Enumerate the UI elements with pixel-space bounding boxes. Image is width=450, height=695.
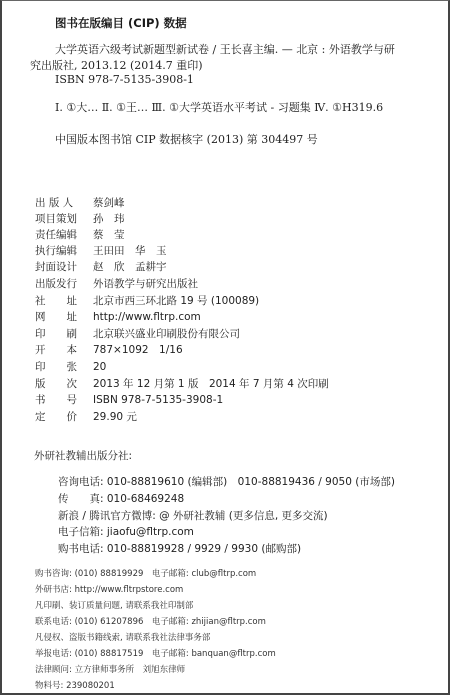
branch-line: 新浪 / 腾讯官方微博: @ 外研社教辅 (更多信息, 更多交流)	[58, 508, 328, 523]
credit-value[interactable]: http://www.fltrp.com	[93, 309, 201, 325]
credit-value: 蔡 莹	[93, 227, 125, 243]
cip-classification: Ⅰ. ①大… Ⅱ. ①王… Ⅲ. ①大学英语水平考试 - 习题集 Ⅳ. ①H31…	[55, 99, 383, 115]
credit-value: 王田田 华 玉	[93, 243, 167, 259]
credit-row: 封面设计赵 欣 孟耕宇	[35, 259, 167, 275]
footer-line: 法律顾问: 立方律师事务所 刘旭东律师	[35, 663, 185, 675]
credit-label: 印 刷	[35, 326, 93, 342]
credit-row: 出版发行外语教学与研究出版社	[35, 276, 198, 292]
credit-label: 出版发行	[35, 276, 93, 292]
credit-value: 孙 玮	[93, 211, 125, 227]
cip-line-1: 大学英语六级考试新题型新试卷 / 王长喜主编. — 北京 : 外语教学与研	[55, 41, 395, 57]
credit-row: 责任编辑蔡 莹	[35, 227, 125, 243]
credit-row: 执行编辑王田田 华 玉	[35, 243, 167, 259]
cip-verification: 中国版本图书馆 CIP 数据核字 (2013) 第 304497 号	[55, 131, 318, 147]
branch-line[interactable]: 电子信箱: jiaofu@fltrp.com	[58, 524, 194, 539]
credit-row: 定 价29.90 元	[35, 409, 137, 425]
cip-heading: 图书在版编目 (CIP) 数据	[55, 15, 187, 31]
credit-label: 项目策划	[35, 211, 93, 227]
branch-line: 购书电话: 010-88819928 / 9929 / 9930 (邮购部)	[58, 541, 301, 556]
credit-value: 2013 年 12 月第 1 版 2014 年 7 月第 4 次印刷	[93, 376, 329, 392]
credit-row: 印 张20	[35, 359, 106, 375]
credit-label: 开 本	[35, 342, 93, 358]
credit-label: 社 址	[35, 293, 93, 309]
footer-line: 联系电话: (010) 61207896 电子邮箱: zhijian@fltrp…	[35, 615, 266, 627]
credit-row: 项目策划孙 玮	[35, 211, 125, 227]
cip-line-2: 究出版社, 2013.12 (2014.7 重印)	[30, 57, 203, 73]
credit-label: 执行编辑	[35, 243, 93, 259]
credit-value: 北京市西三环北路 19 号 (100089)	[93, 293, 259, 309]
credit-label: 封面设计	[35, 259, 93, 275]
credit-value: 787×1092 1/16	[93, 342, 183, 358]
material-number: 物料号: 239080201	[35, 679, 115, 691]
copyright-page: 图书在版编目 (CIP) 数据 大学英语六级考试新题型新试卷 / 王长喜主编. …	[0, 0, 450, 695]
credit-value: 赵 欣 孟耕宇	[93, 259, 167, 275]
credit-value: 29.90 元	[93, 409, 137, 425]
credit-value: 20	[93, 359, 106, 375]
credit-value: ISBN 978-7-5135-3908-1	[93, 392, 223, 408]
cip-isbn: ISBN 978-7-5135-3908-1	[55, 73, 194, 86]
credit-row: 网 址http://www.fltrp.com	[35, 309, 201, 325]
credit-label: 书 号	[35, 392, 93, 408]
credit-row: 版 次2013 年 12 月第 1 版 2014 年 7 月第 4 次印刷	[35, 376, 329, 392]
branch-title: 外研社教辅出版分社:	[34, 448, 132, 463]
credit-label: 版 次	[35, 376, 93, 392]
footer-line: 购书咨询: (010) 88819929 电子邮箱: club@fltrp.co…	[35, 567, 256, 579]
credit-label: 责任编辑	[35, 227, 93, 243]
credit-row: 出 版 人蔡剑峰	[35, 195, 125, 211]
credit-label: 出 版 人	[35, 195, 93, 211]
credit-row: 社 址北京市西三环北路 19 号 (100089)	[35, 293, 259, 309]
credit-value: 外语教学与研究出版社	[93, 276, 198, 292]
credit-row: 印 刷北京联兴盛业印刷股份有限公司	[35, 326, 240, 342]
footer-line: 凡侵权、盗版书籍线索, 请联系我社法律事务部	[35, 631, 210, 643]
footer-line: 凡印刷、装订质量问题, 请联系我社印制部	[35, 599, 193, 611]
credit-label: 网 址	[35, 309, 93, 325]
credit-row: 开 本787×1092 1/16	[35, 342, 183, 358]
footer-line[interactable]: 外研书店: http://www.fltrpstore.com	[35, 583, 183, 595]
branch-line: 咨询电话: 010-88819610 (编辑部) 010-88819436 / …	[58, 474, 395, 489]
credit-label: 印 张	[35, 359, 93, 375]
credit-row: 书 号ISBN 978-7-5135-3908-1	[35, 392, 223, 408]
credit-value: 蔡剑峰	[93, 195, 125, 211]
branch-line: 传 真: 010-68469248	[58, 491, 184, 506]
footer-line: 举报电话: (010) 88817519 电子邮箱: banquan@fltrp…	[35, 647, 276, 659]
credit-label: 定 价	[35, 409, 93, 425]
credit-value: 北京联兴盛业印刷股份有限公司	[93, 326, 240, 342]
